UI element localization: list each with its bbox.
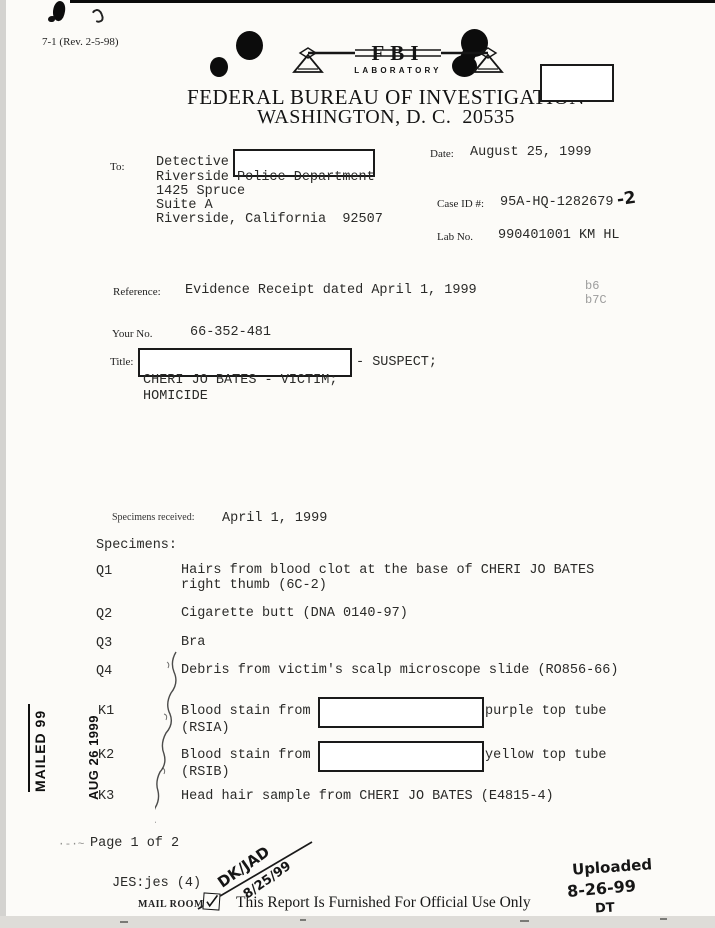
specimen-k2-line2: (RSIB) [181,765,230,780]
scan-speck [120,921,128,923]
specimen-q1-line2: right thumb (6C-2) [181,578,327,593]
page-number: Page 1 of 2 [90,836,179,851]
uploaded-note-line1: Uploaded [571,855,652,879]
ink-dot [236,31,263,60]
logo-laboratory-text: LABORATORY [354,66,441,75]
lab-no-label: Lab No. [437,231,473,243]
uploaded-note-line2: 8-26-99 [566,876,636,901]
recipient-line1: Detective [156,155,229,170]
specimen-q1-id: Q1 [96,564,112,579]
scan-bottom-edge-band [0,916,715,928]
specimen-k2-text-before: Blood stain from [181,748,311,763]
scan-speck [300,919,306,921]
specimen-k1-id: K1 [98,704,114,719]
recipient-line3: 1425 Spruce [156,184,245,199]
ink-dot [210,57,228,77]
recipient-line2: Riverside Police Department [156,170,375,185]
specimens-received-label: Specimens received: [112,512,194,523]
letterhead-line2: WASHINGTON, D. C. 20535 [56,106,715,129]
official-use-notice: This Report Is Furnished For Official Us… [236,894,531,912]
specimen-q3-id: Q3 [96,636,112,651]
ink-mark [48,16,55,22]
mail-room-checkbox [202,892,220,910]
redaction-box-k2 [318,741,484,772]
redaction-box-header [540,64,614,102]
fbi-laboratory-scales-icon: FBI LABORATORY [292,42,504,82]
date-value: August 25, 1999 [470,145,592,160]
your-no-label: Your No. [112,328,152,340]
specimen-q4-id: Q4 [96,664,112,679]
form-number: 7-1 (Rev. 2-5-98) [42,36,119,48]
specimen-k3-text: Head hair sample from CHERI JO BATES (E4… [181,789,554,804]
uploaded-note-line3: DT [595,900,615,916]
title-line2: CHERI JO BATES - VICTIM; [143,373,337,388]
specimen-k1-text-after: purple top tube [485,704,607,719]
specimens-received-date: April 1, 1999 [222,511,327,526]
case-id-handwritten-suffix: -2 [616,188,637,210]
case-id-label: Case ID #: [437,198,484,210]
specimen-q1-line1: Hairs from blood clot at the base of CHE… [181,563,594,578]
logo-fbi-text: FBI [371,42,424,65]
title-line3: HOMICIDE [143,389,208,404]
specimen-q2-line1: Cigarette butt (DNA 0140-97) [181,606,408,621]
scan-left-edge-band [0,0,6,928]
mailed-stamp: MAILED 99 [28,704,52,792]
specimens-heading: Specimens: [96,538,177,553]
reference-label: Reference: [113,286,161,298]
date-label: Date: [430,148,454,160]
specimen-q2-id: Q2 [96,607,112,622]
to-label: To: [110,161,125,173]
recipient-line5: Riverside, California 92507 [156,212,383,227]
page-number-prefix-marks: ·-·~ [58,839,84,851]
typist-initials: JES:jes (4) [112,876,201,891]
redaction-box-k1 [318,697,484,728]
check-mark-icon [203,893,219,909]
scanned-fbi-lab-report-page: 7-1 (Rev. 2-5-98) FBI LABORATORY FEDERAL… [0,0,715,928]
your-no-value: 66-352-481 [190,325,271,340]
specimen-k1-text-before: Blood stain from [181,704,311,719]
scan-speck [660,918,667,920]
reference-value: Evidence Receipt dated April 1, 1999 [185,283,477,298]
lab-no-value: 990401001 KM HL [498,228,620,243]
scan-top-edge-line [70,0,715,3]
recipient-line4: Suite A [156,198,213,213]
title-suspect-suffix: - SUSPECT; [356,355,437,370]
ink-mark [90,8,105,25]
specimen-k2-id: K2 [98,748,114,763]
scan-speck [520,920,529,922]
specimen-q4-line1: Debris from victim's scalp microscope sl… [181,663,618,678]
specimen-k2-text-after: yellow top tube [485,748,607,763]
title-label: Title: [110,356,133,368]
mail-room-label: MAIL ROOM [138,899,204,910]
foia-exemption-b7c: b7C [585,293,607,307]
specimen-k3-id: K3 [98,789,114,804]
specimen-q3-line1: Bra [181,635,205,650]
specimen-k1-line2: (RSIA) [181,721,230,736]
foia-exemption-b6: b6 [585,279,599,293]
case-id-value: 95A-HQ-1282679 [500,195,613,210]
